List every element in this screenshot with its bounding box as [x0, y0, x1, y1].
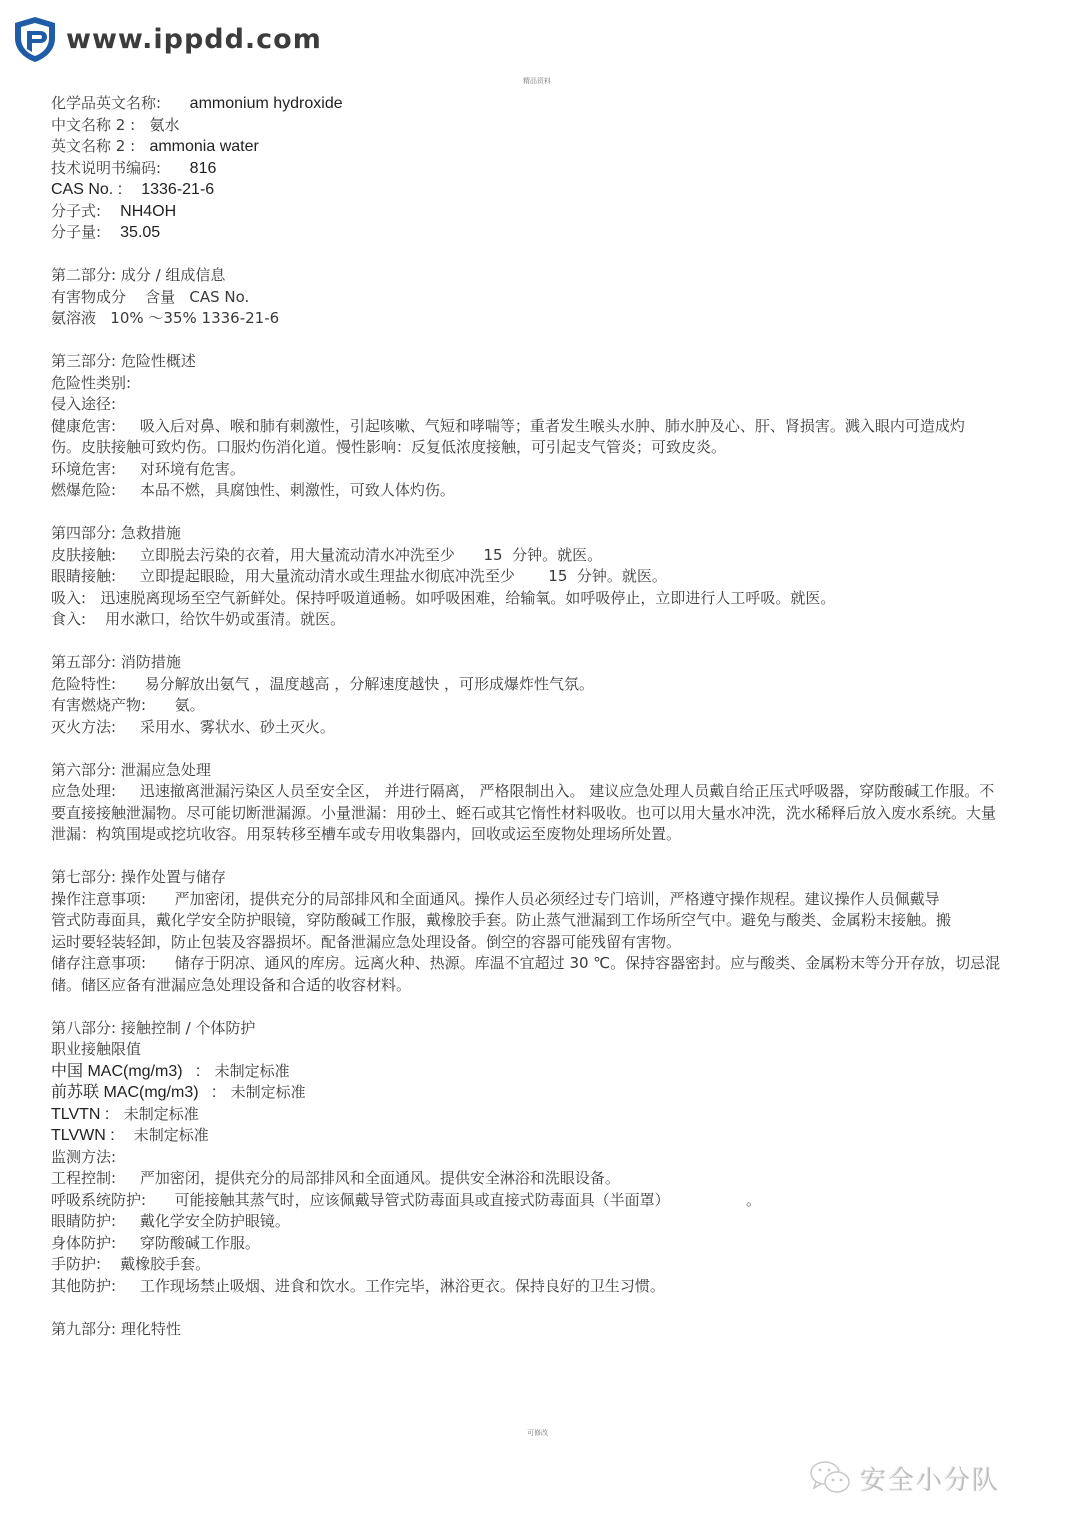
fire-text: 氨。 — [175, 696, 205, 714]
health-hazard-text: 吸入后对鼻、喉和肺有刺激性，引起咳嗽、气短和哮喘等；重者发生喉头水肿、肺水肿及心… — [51, 417, 965, 457]
composition-header: 有害物成分 含量 CAS No. — [51, 287, 1031, 309]
limit-label: TLVWN : — [51, 1127, 115, 1144]
identity-label: CAS No. : — [51, 181, 122, 198]
identity-label: 中文名称 2 : — [51, 116, 135, 134]
first-aid-label: 眼睛接触: — [51, 567, 116, 585]
site-logo[interactable]: www.ippdd.com — [10, 14, 322, 64]
protection-label: 呼吸系统防护: — [51, 1191, 146, 1209]
limit-value: 未制定标准 — [124, 1105, 199, 1123]
watermark: 安全小分队 — [808, 1455, 1000, 1501]
protection-label: 工程控制: — [51, 1169, 116, 1187]
first-aid-text: 立即提起眼睑，用大量流动清水或生理盐水彻底冲洗至少 15 分钟。就医。 — [140, 567, 667, 585]
fire-label: 有害燃烧产物: — [51, 696, 146, 714]
identity-value: 35.05 — [120, 224, 160, 241]
limit-label: 中国 MAC(mg/m3) : — [51, 1063, 200, 1080]
first-aid-label: 吸入: — [51, 589, 86, 607]
identity-label: 分子量: — [51, 223, 101, 241]
first-aid-text: 立即脱去污染的衣着，用大量流动清水冲洗至少 15 分钟。就医。 — [140, 546, 602, 564]
section-title: 第七部分: 操作处置与储存 — [51, 867, 1031, 889]
limit-value: 未制定标准 — [134, 1126, 209, 1144]
msds-document: 化学品英文名称: ammonium hydroxide 中文名称 2 : 氨水 … — [51, 93, 1031, 1340]
storage-text: 储存于阴凉、通风的库房。远离火种、热源。库温不宜超过 30 ℃。保持容器密封。应… — [51, 954, 1000, 994]
fire-label: 危险特性: — [51, 675, 116, 693]
shield-logo-icon — [10, 14, 60, 64]
identity-label: 技术说明书编码: — [51, 159, 161, 177]
fire-text: 采用水、雾状水、砂土灭火。 — [140, 718, 335, 736]
section-exposure-control: 第八部分: 接触控制 / 个体防护 职业接触限值 中国 MAC(mg/m3) :… — [51, 1018, 1031, 1298]
section-title: 第四部分: 急救措施 — [51, 523, 1031, 545]
first-aid-label: 皮肤接触: — [51, 546, 116, 564]
watermark-text: 安全小分队 — [860, 1460, 1000, 1497]
limit-label: TLVTN : — [51, 1106, 109, 1123]
section-title: 第八部分: 接触控制 / 个体防护 — [51, 1018, 1031, 1040]
exposure-route: 侵入途径: — [51, 394, 1031, 416]
header-note: 精品资料 — [523, 76, 551, 86]
protection-label: 其他防护: — [51, 1277, 116, 1295]
handling-label: 操作注意事项: — [51, 890, 146, 908]
first-aid-text: 迅速脱离现场至空气新鲜处。保持呼吸道通畅。如呼吸困难，给输氧。如呼吸停止，立即进… — [100, 589, 835, 607]
section-title: 第五部分: 消防措施 — [51, 652, 1031, 674]
protection-label: 身体防护: — [51, 1234, 116, 1252]
fire-text: 易分解放出氨气 ，温度越高 ，分解速度越快 ，可形成爆炸性气氛。 — [145, 675, 594, 693]
identity-value: 1336-21-6 — [141, 181, 214, 198]
identity-value: 816 — [190, 160, 217, 177]
wechat-icon — [808, 1455, 854, 1501]
monitoring-method: 监测方法: — [51, 1147, 1031, 1169]
identity-value: ammonium hydroxide — [190, 95, 343, 112]
spill-label: 应急处理: — [51, 782, 116, 800]
section-spill-response: 第六部分: 泄漏应急处理 应急处理: 迅速撤离泄漏污染区人员至安全区， 并进行隔… — [51, 760, 1031, 846]
section-composition: 第二部分: 成分 / 组成信息 有害物成分 含量 CAS No. 氨溶液 10%… — [51, 265, 1031, 330]
section-fire-fighting: 第五部分: 消防措施 危险特性: 易分解放出氨气 ，温度越高 ，分解速度越快 ，… — [51, 652, 1031, 738]
protection-text: 戴橡胶手套。 — [120, 1255, 210, 1273]
protection-label: 手防护: — [51, 1255, 101, 1273]
protection-label: 眼睛防护: — [51, 1212, 116, 1230]
identity-value: ammonia water — [149, 138, 258, 155]
handling-text: 严加密闭，提供充分的局部排风和全面通风。操作人员必须经过专门培训，严格遵守操作规… — [51, 890, 951, 951]
protection-text: 严加密闭，提供充分的局部排风和全面通风。提供安全淋浴和洗眼设备。 — [140, 1169, 620, 1187]
identity-label: 化学品英文名称: — [51, 94, 161, 112]
health-hazard-label: 健康危害: — [51, 417, 116, 435]
storage-label: 储存注意事项: — [51, 954, 146, 972]
protection-text: 戴化学安全防护眼镜。 — [140, 1212, 290, 1230]
limit-value: 未制定标准 — [231, 1083, 306, 1101]
protection-text: 工作现场禁止吸烟、进食和饮水。工作完毕，淋浴更衣。保持良好的卫生习惯。 — [140, 1277, 665, 1295]
protection-text: 可能接触其蒸气时，应该佩戴导管式防毒面具或直接式防毒面具（半面罩） 。 — [175, 1191, 761, 1209]
limit-label: 前苏联 MAC(mg/m3) : — [51, 1084, 216, 1101]
identity-value: NH4OH — [120, 203, 176, 220]
section-title: 第三部分: 危险性概述 — [51, 351, 1031, 373]
first-aid-label: 食入: — [51, 610, 86, 628]
section-first-aid: 第四部分: 急救措施 皮肤接触: 立即脱去污染的衣着，用大量流动清水冲洗至少 1… — [51, 523, 1031, 631]
logo-text: www.ippdd.com — [66, 24, 322, 55]
identity-label: 英文名称 2 : — [51, 137, 135, 155]
identity-block: 化学品英文名称: ammonium hydroxide 中文名称 2 : 氨水 … — [51, 93, 1031, 244]
identity-value: 氨水 — [149, 116, 179, 134]
first-aid-text: 用水漱口，给饮牛奶或蛋清。就医。 — [105, 610, 345, 628]
section-handling-storage: 第七部分: 操作处置与储存 操作注意事项: 严加密闭，提供充分的局部排风和全面通… — [51, 867, 1031, 996]
env-hazard-text: 对环境有危害。 — [140, 460, 245, 478]
composition-row: 氨溶液 10% ～35% 1336-21-6 — [51, 308, 1031, 330]
section-hazards: 第三部分: 危险性概述 危险性类别: 侵入途径: 健康危害: 吸入后对鼻、喉和肺… — [51, 351, 1031, 502]
limits-title: 职业接触限值 — [51, 1039, 1031, 1061]
section-title: 第二部分: 成分 / 组成信息 — [51, 265, 1031, 287]
section-title: 第六部分: 泄漏应急处理 — [51, 760, 1031, 782]
env-hazard-label: 环境危害: — [51, 460, 116, 478]
limit-value: 未制定标准 — [215, 1062, 290, 1080]
spill-text: 迅速撤离泄漏污染区人员至安全区， 并进行隔离， 严格限制出入。 建议应急处理人员… — [51, 782, 996, 843]
hazard-class: 危险性类别: — [51, 373, 1031, 395]
identity-label: 分子式: — [51, 202, 101, 220]
fire-hazard-label: 燃爆危险: — [51, 481, 116, 499]
fire-hazard-text: 本品不燃，具腐蚀性、刺激性，可致人体灼伤。 — [140, 481, 455, 499]
fire-label: 灭火方法: — [51, 718, 116, 736]
footer-note: 可修改 — [527, 1428, 548, 1438]
protection-text: 穿防酸碱工作服。 — [140, 1234, 260, 1252]
section-title: 第九部分: 理化特性 — [51, 1319, 1031, 1341]
